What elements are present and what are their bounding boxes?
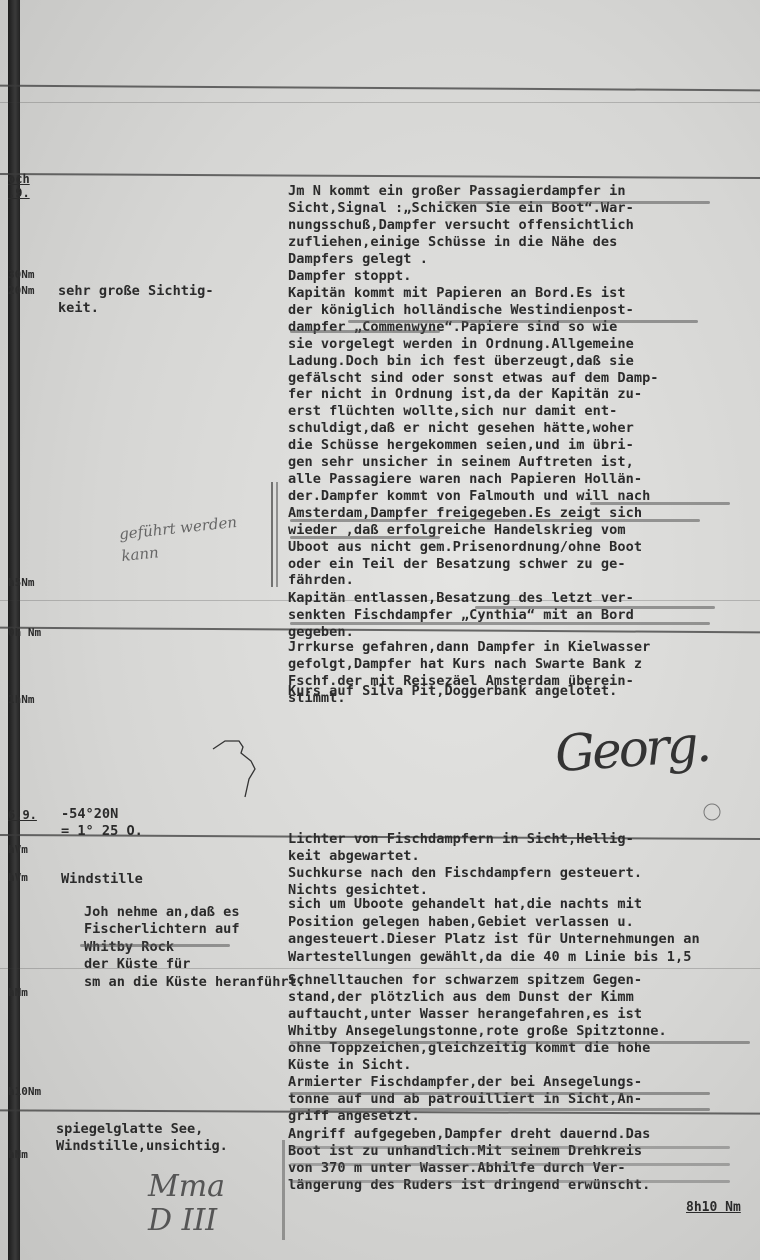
pencil-underline: [590, 502, 730, 505]
entry-time: hNm: [8, 986, 28, 999]
pencil-underline: [290, 536, 440, 539]
pencil-underline: [290, 1146, 730, 1149]
weather-note: Windstille: [61, 871, 143, 888]
rule-line: [0, 102, 760, 103]
pencil-underline: [290, 622, 710, 625]
pencil-squiggle: [205, 735, 265, 805]
diary-entry: Kapitän entlassen,Besatzung des letzt ve…: [288, 590, 634, 641]
weather-note: spiegelglatte See, Windstille,unsichtig.: [56, 1121, 228, 1154]
pencil-underline: [290, 330, 440, 333]
entry-time: h5Nm: [8, 576, 35, 589]
pencil-underline: [290, 1041, 750, 1044]
diary-entry: Schnelltauchen for schwarzem spitzem Geg…: [288, 972, 667, 1073]
closing-time: 8h10 Nm: [686, 1200, 741, 1215]
pencil-underline: [348, 320, 698, 323]
margin-bar: [276, 482, 278, 587]
entry-date: och .9.: [8, 172, 30, 200]
diary-entry: Lichter von Fischdampfern in Sicht,Helli…: [288, 831, 634, 865]
entry-date: 6.9.: [8, 808, 37, 822]
weather-note: sehr große Sichtig- keit.: [58, 283, 214, 316]
pencil-underline: [290, 1108, 710, 1111]
entry-time: hVm: [8, 843, 28, 856]
diary-entry: Armierter Fischdampfer,der bei Ansegelun…: [288, 1074, 642, 1125]
entry-time: h10Nm: [8, 1085, 41, 1098]
pencil-underline: [290, 1180, 730, 1183]
pencil-underline: [290, 519, 700, 522]
pencil-underline: [445, 201, 710, 204]
position-coords: -54°20N = 1° 25 O.: [61, 806, 143, 840]
diary-entry: Jm N kommt ein großer Passagierdampfer i…: [288, 183, 634, 268]
pencil-underline: [475, 606, 715, 609]
entry-time: 0h Nm: [8, 626, 41, 639]
diary-entry: Suchkurse nach den Fischdampfern gesteue…: [288, 865, 642, 899]
entry-time: hNm: [8, 1148, 28, 1161]
margin-bar: [271, 482, 273, 587]
pencil-underline: [290, 1163, 730, 1166]
entry-time: 1hNm: [8, 693, 35, 706]
diary-entry: Dampfer stoppt.: [288, 268, 412, 285]
handwritten-initials: Mma D III: [148, 1170, 225, 1238]
diary-entry-final: Angriff aufgegeben,Dampfer dreht dauernd…: [288, 1126, 650, 1194]
punch-hole-circle: [700, 800, 724, 824]
diary-entry: Kurs auf Silva Pit,Doggerbank angelotet.: [288, 683, 617, 700]
signature: Georg.: [553, 715, 710, 784]
assumption-note: Joh nehme an,daß es Fischerlichtern auf …: [84, 904, 305, 991]
pencil-underline: [80, 944, 230, 947]
entry-time: 30Nm: [8, 268, 35, 281]
entry-time: 20Nm: [8, 284, 35, 297]
rule-line: [0, 173, 760, 178]
entry-time: hVm: [8, 871, 28, 884]
handwritten-note: geführt werden kann: [118, 511, 240, 567]
rule-line: [0, 85, 760, 91]
diary-entry: sich um Uboote gehandelt hat,die nachts …: [288, 896, 700, 966]
pencil-underline: [290, 1092, 710, 1095]
margin-bar: [282, 1140, 285, 1240]
